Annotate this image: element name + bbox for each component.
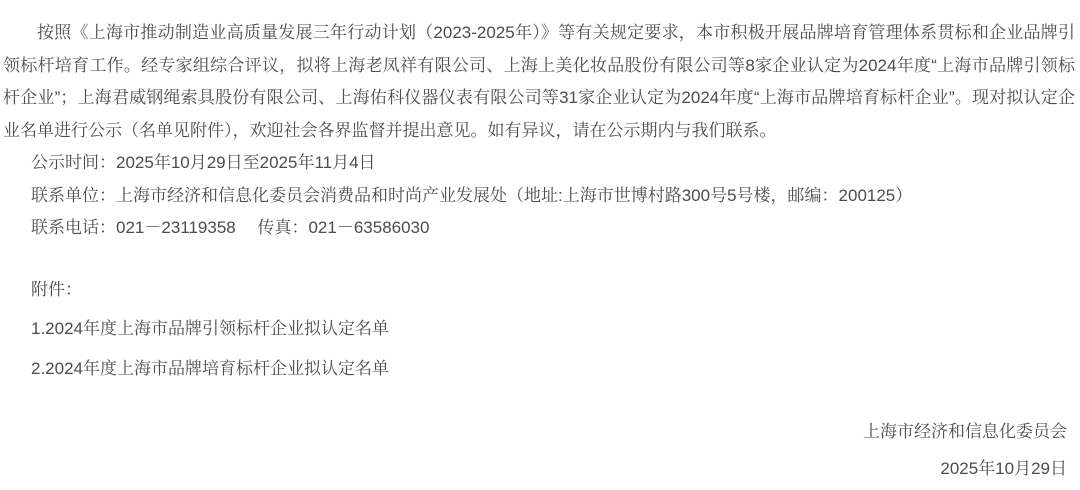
- attachment-link-1[interactable]: 1.2024年度上海市品牌引领标杆企业拟认定名单: [3, 313, 1075, 346]
- contact-unit-line: 联系单位：上海市经济和信息化委员会消费品和时尚产业发展处（地址:上海市世博村路3…: [3, 180, 1075, 213]
- signature-date: 2025年10月29日: [3, 450, 1067, 487]
- signature-org: 上海市经济和信息化委员会: [3, 413, 1067, 450]
- announcement-paragraph: 按照《上海市推动制造业高质量发展三年行动计划（2023-2025年）》等有关规定…: [3, 17, 1075, 147]
- attachments-heading: 附件：: [3, 274, 1075, 307]
- attachment-link-2[interactable]: 2.2024年度上海市品牌培育标杆企业拟认定名单: [3, 353, 1075, 386]
- contact-phone-line: 联系电话：021－23119358 传真：021－63586030: [3, 212, 1075, 245]
- attachments-section: 附件： 1.2024年度上海市品牌引领标杆企业拟认定名单 2.2024年度上海市…: [3, 274, 1075, 386]
- announcement-document: 按照《上海市推动制造业高质量发展三年行动计划（2023-2025年）》等有关规定…: [0, 0, 1080, 490]
- signature-block: 上海市经济和信息化委员会 2025年10月29日: [3, 413, 1075, 487]
- notice-period-line: 公示时间：2025年10月29日至2025年11月4日: [3, 147, 1075, 180]
